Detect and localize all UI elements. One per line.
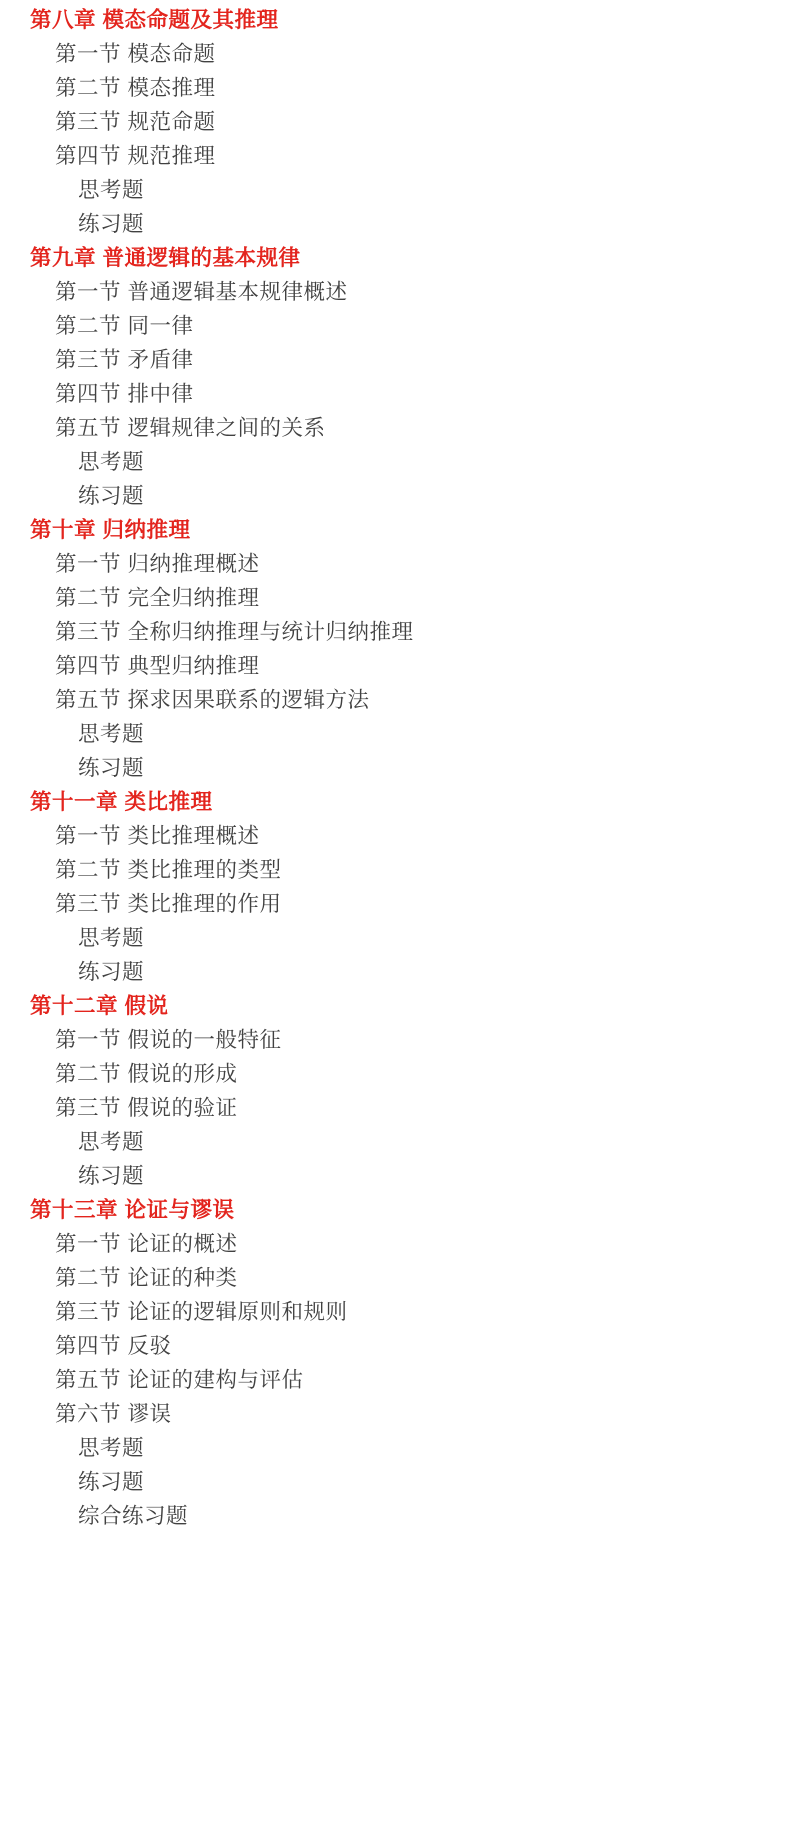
table-of-contents: 第八章 模态命题及其推理第一节 模态命题第二节 模态推理第三节 规范命题第四节 … [0,0,790,1531]
toc-section-item: 第一节 模态命题 [0,35,790,69]
toc-sub-item: 综合练习题 [0,1497,790,1531]
toc-section-item: 第一节 假说的一般特征 [0,1021,790,1055]
toc-section-item: 第二节 假说的形成 [0,1055,790,1089]
chapter-heading: 第十三章 论证与谬误 [0,1191,790,1225]
chapter-heading: 第十二章 假说 [0,987,790,1021]
toc-section-item: 第二节 同一律 [0,307,790,341]
toc-sub-item: 思考题 [0,1123,790,1157]
toc-section-item: 第四节 反驳 [0,1327,790,1361]
toc-sub-item: 练习题 [0,205,790,239]
toc-section-item: 第六节 谬误 [0,1395,790,1429]
toc-section-item: 第二节 模态推理 [0,69,790,103]
toc-section-item: 第四节 规范推理 [0,137,790,171]
toc-section-item: 第三节 论证的逻辑原则和规则 [0,1293,790,1327]
toc-section-item: 第五节 探求因果联系的逻辑方法 [0,681,790,715]
toc-section-item: 第一节 普通逻辑基本规律概述 [0,273,790,307]
toc-section-item: 第二节 完全归纳推理 [0,579,790,613]
toc-section-item: 第一节 类比推理概述 [0,817,790,851]
toc-section-item: 第三节 全称归纳推理与统计归纳推理 [0,613,790,647]
toc-sub-item: 思考题 [0,715,790,749]
chapter-heading: 第十一章 类比推理 [0,783,790,817]
toc-sub-item: 思考题 [0,171,790,205]
toc-section-item: 第四节 排中律 [0,375,790,409]
toc-section-item: 第一节 论证的概述 [0,1225,790,1259]
chapter-heading: 第十章 归纳推理 [0,511,790,545]
toc-sub-item: 练习题 [0,749,790,783]
chapter-heading: 第八章 模态命题及其推理 [0,1,790,35]
toc-section-item: 第三节 规范命题 [0,103,790,137]
chapter-heading: 第九章 普通逻辑的基本规律 [0,239,790,273]
toc-section-item: 第三节 假说的验证 [0,1089,790,1123]
toc-section-item: 第二节 类比推理的类型 [0,851,790,885]
toc-section-item: 第二节 论证的种类 [0,1259,790,1293]
toc-section-item: 第四节 典型归纳推理 [0,647,790,681]
toc-sub-item: 练习题 [0,1157,790,1191]
toc-sub-item: 练习题 [0,1463,790,1497]
toc-section-item: 第五节 论证的建构与评估 [0,1361,790,1395]
toc-section-item: 第一节 归纳推理概述 [0,545,790,579]
toc-sub-item: 练习题 [0,953,790,987]
toc-sub-item: 思考题 [0,443,790,477]
toc-section-item: 第五节 逻辑规律之间的关系 [0,409,790,443]
toc-sub-item: 练习题 [0,477,790,511]
toc-section-item: 第三节 类比推理的作用 [0,885,790,919]
toc-sub-item: 思考题 [0,919,790,953]
toc-section-item: 第三节 矛盾律 [0,341,790,375]
toc-sub-item: 思考题 [0,1429,790,1463]
